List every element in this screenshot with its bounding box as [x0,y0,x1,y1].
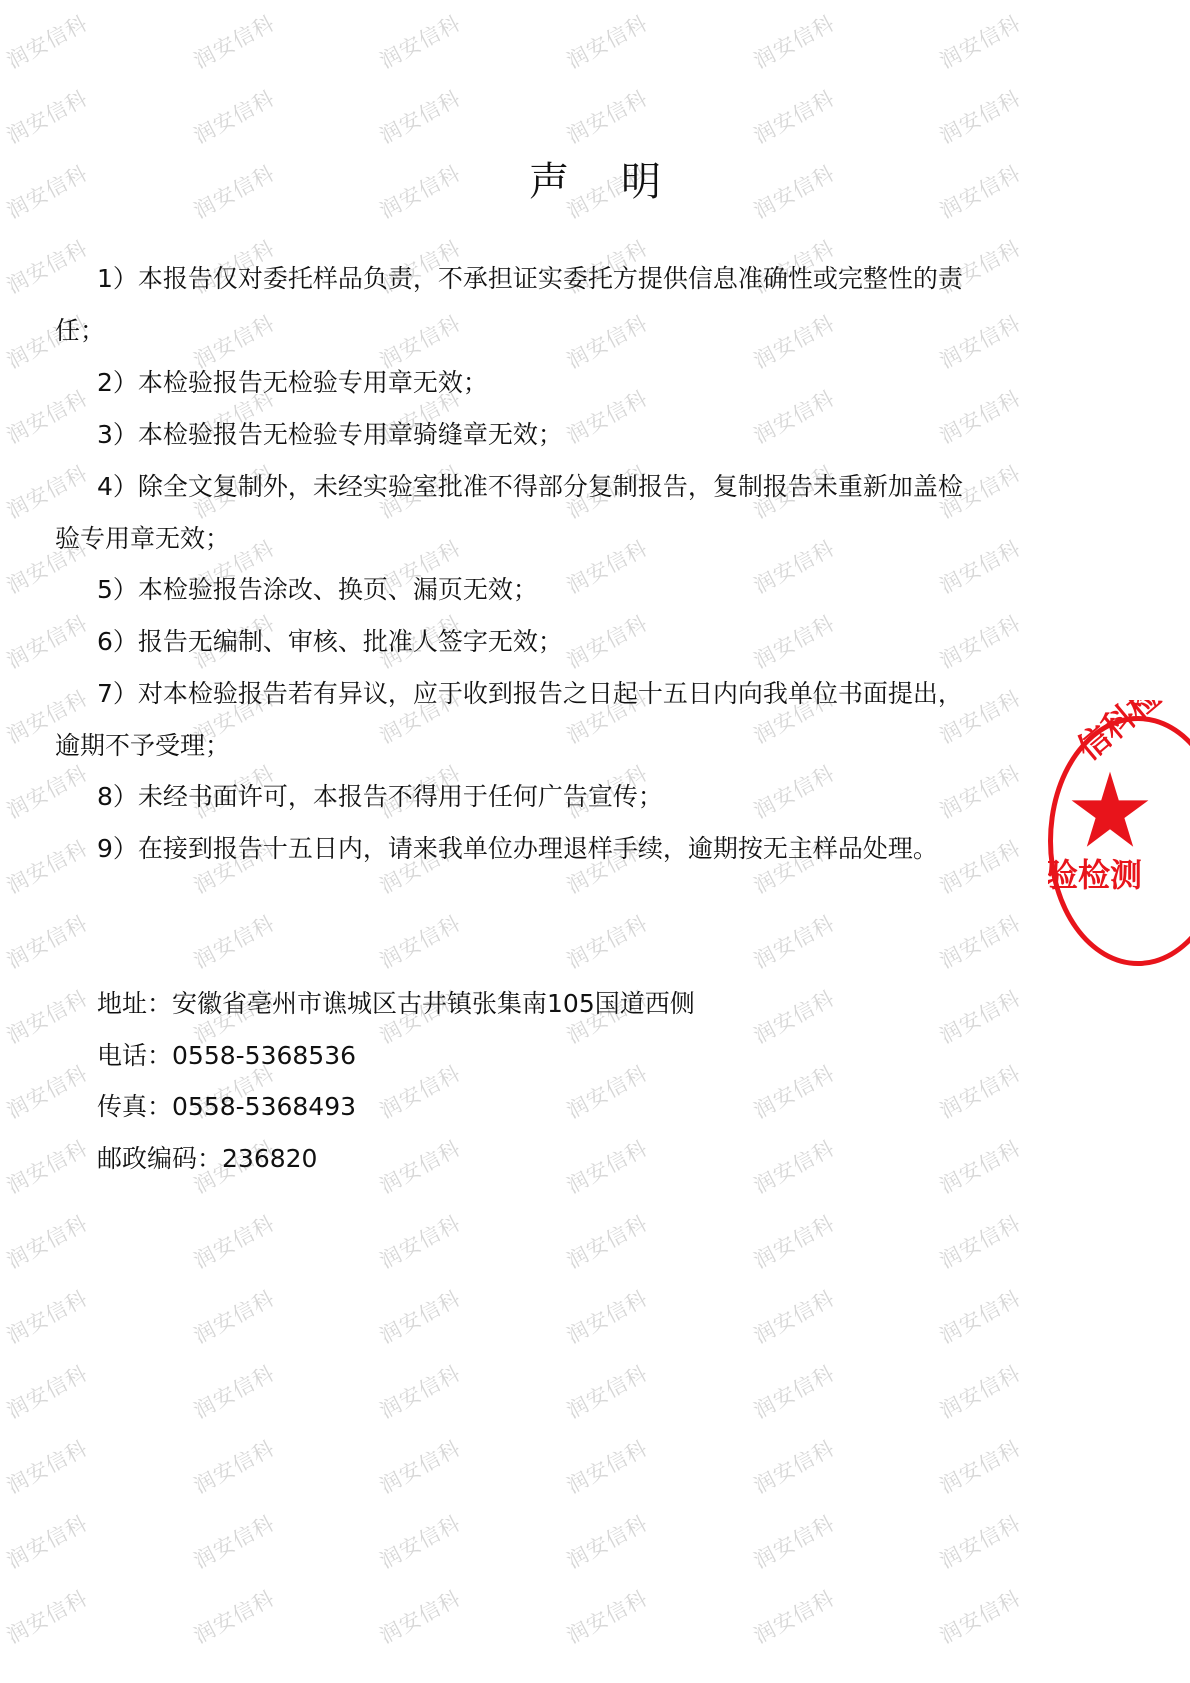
item-7-line-2: 逾期不予受理； [55,729,230,763]
title-char-2: 明 [621,150,661,207]
item-4-line-2: 验专用章无效； [55,522,230,556]
item-8: 8）未经书面许可，本报告不得用于任何广告宣传； [97,780,663,814]
contact-postcode: 邮政编码：236820 [97,1142,317,1176]
item-2: 2）本检验报告无检验专用章无效； [97,366,488,400]
contact-fax: 传真：0558-5368493 [97,1090,356,1124]
item-7-line-1: 7）对本检验报告若有异议，应于收到报告之日起十五日内向我单位书面提出， [97,677,963,711]
item-1-line-2: 任； [55,314,105,348]
item-9: 9）在接到报告十五日内，请来我单位办理退样手续，逾期按无主样品处理。 [97,832,938,866]
official-seal: 信科检 验检测 [1048,700,1190,980]
seal-star-icon [1070,770,1150,850]
item-4-line-1: 4）除全文复制外，未经实验室批准不得部分复制报告，复制报告未重新加盖检 [97,470,963,504]
declaration-page: 声明 1）本报告仅对委托样品负责，不承担证实委托方提供信息准确性或完整性的责 任… [0,0,1190,1683]
item-1-line-1: 1）本报告仅对委托样品负责，不承担证实委托方提供信息准确性或完整性的责 [97,262,963,296]
seal-text-bottom: 验检测 [1048,850,1142,896]
title-char-1: 声 [529,150,569,207]
page-title: 声明 [0,150,1190,207]
item-5: 5）本检验报告涂改、换页、漏页无效； [97,573,538,607]
contact-phone: 电话：0558-5368536 [97,1039,356,1073]
item-6: 6）报告无编制、审核、批准人签字无效； [97,625,563,659]
item-3: 3）本检验报告无检验专用章骑缝章无效； [97,418,563,452]
contact-address: 地址：安徽省亳州市谯城区古井镇张集南105国道西侧 [97,987,695,1021]
